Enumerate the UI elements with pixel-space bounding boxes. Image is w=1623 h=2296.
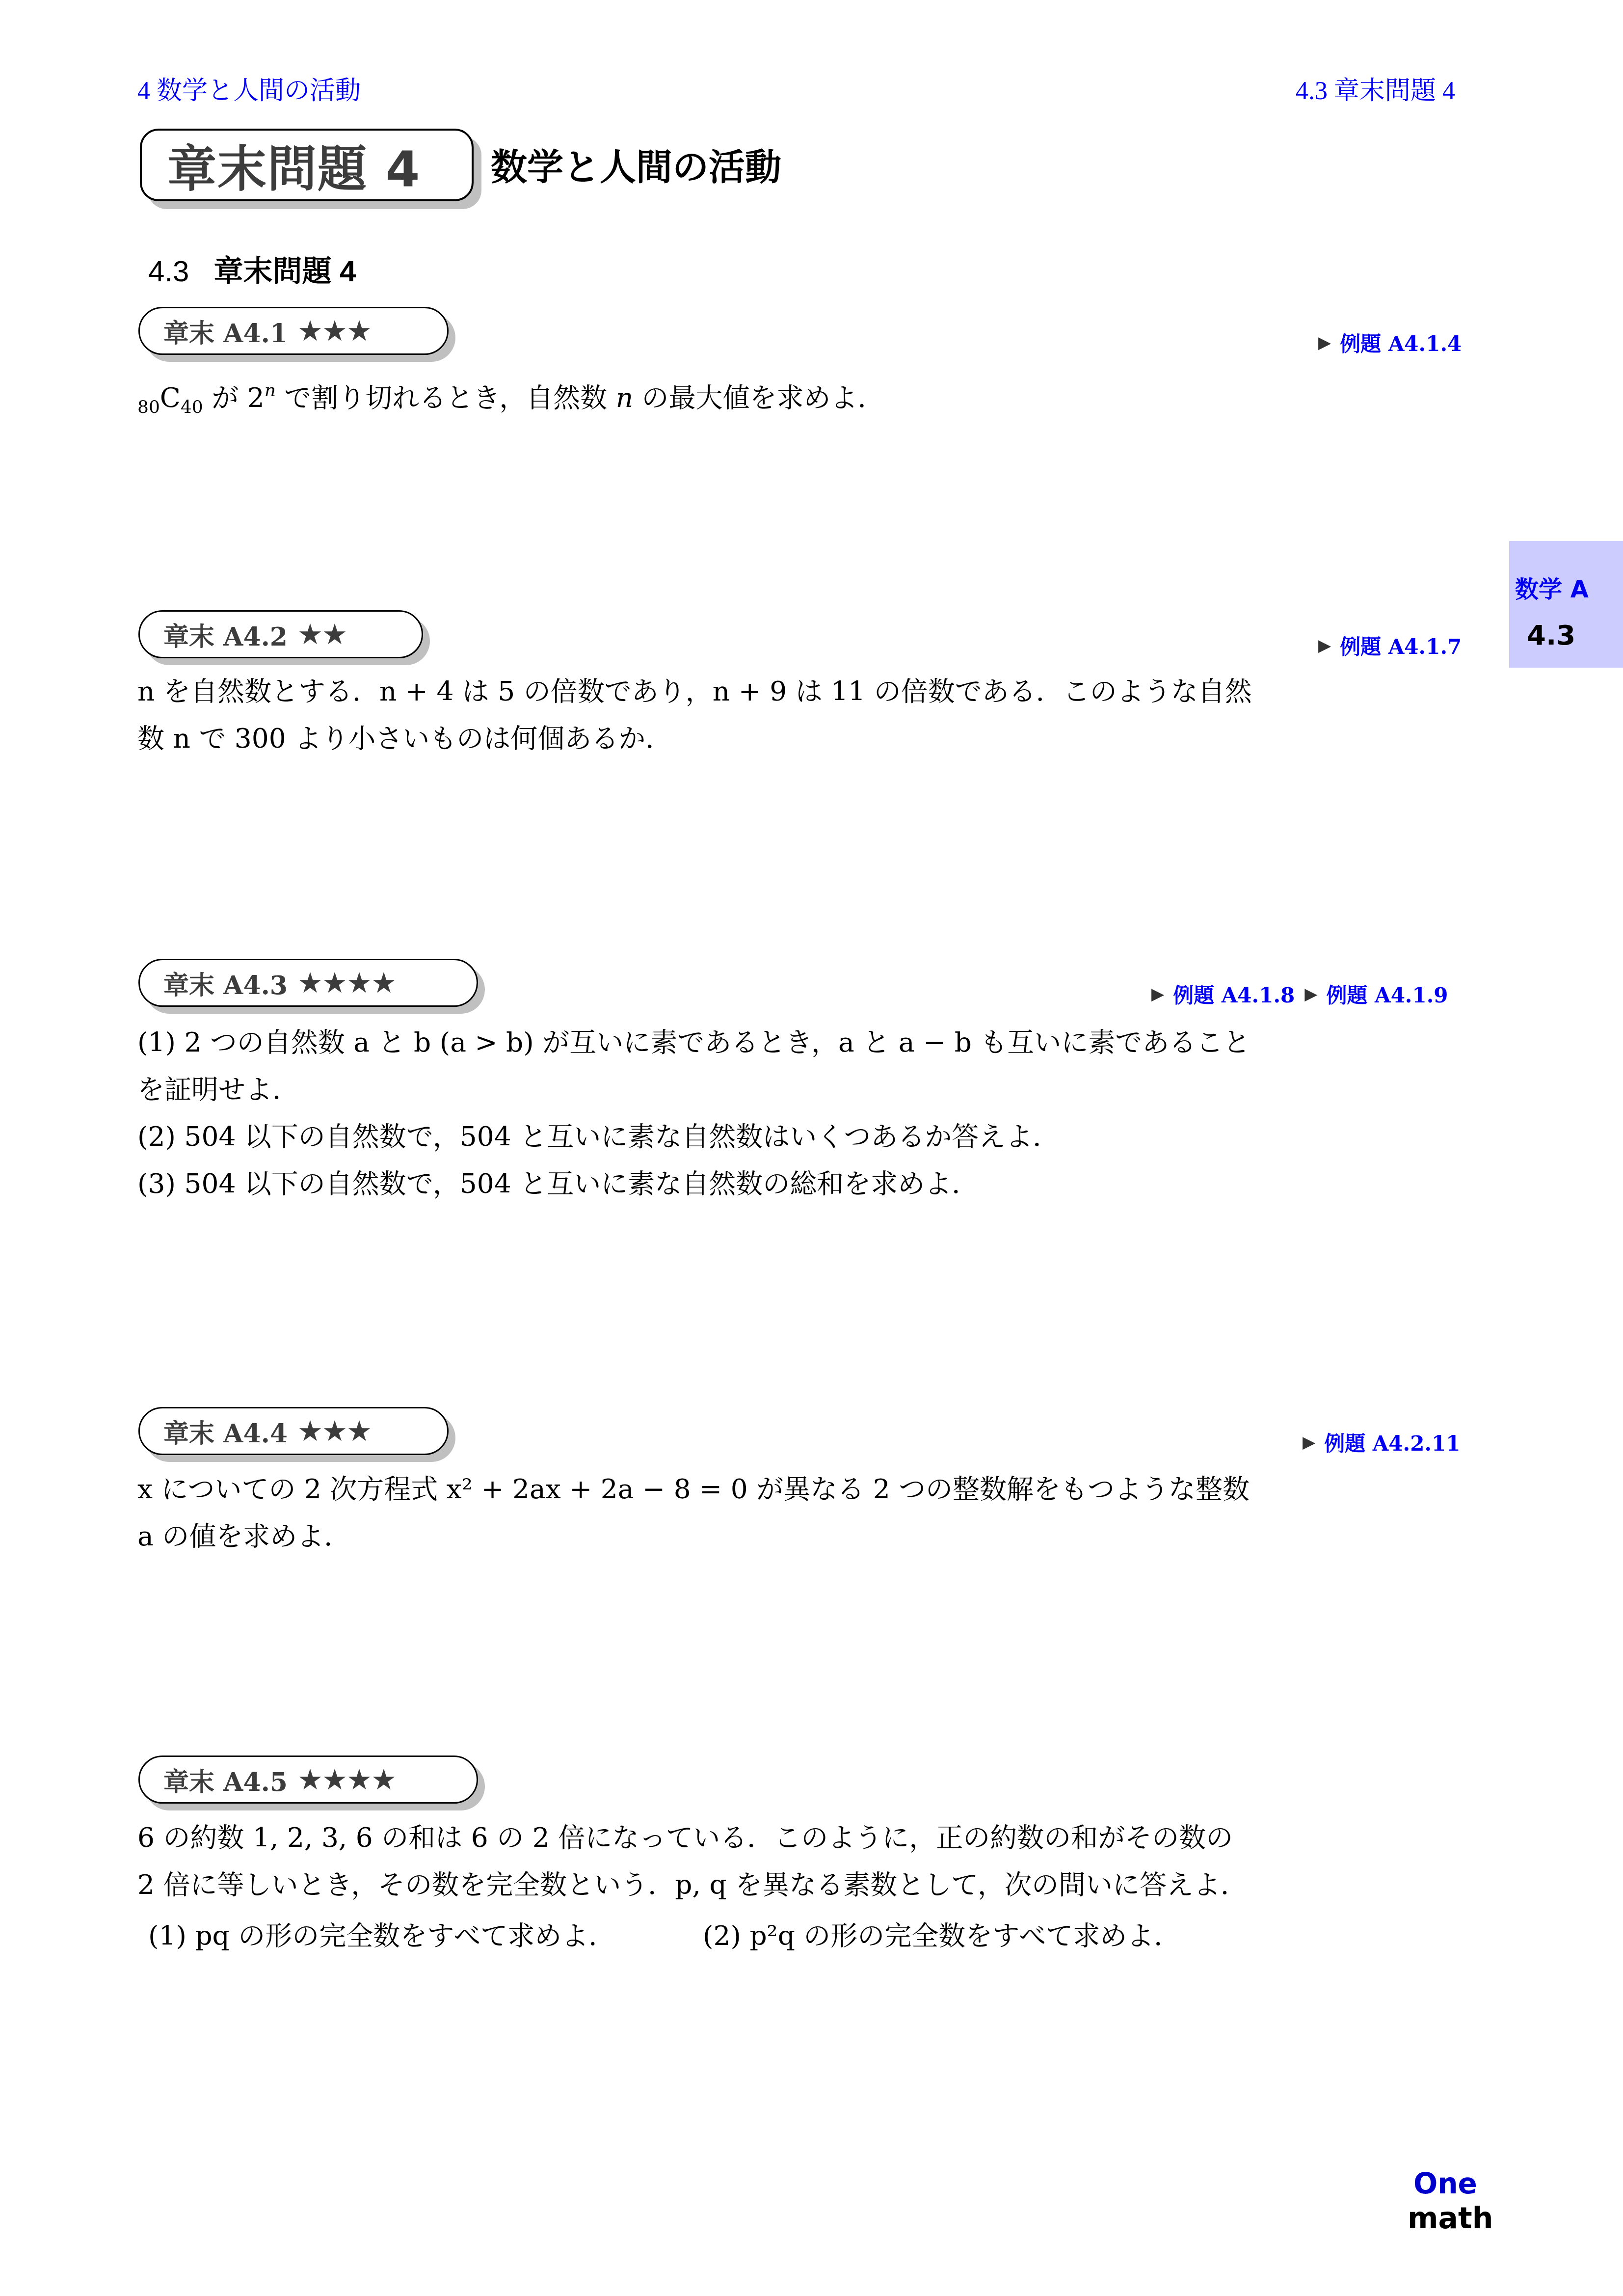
- statement-line: 2 倍に等しいとき，その数を完全数という．p, q を異なる素数として，次の問い…: [137, 1861, 1248, 1908]
- problem-id: 章末 A4.5: [163, 1761, 288, 1798]
- problem-label-box: 章末 A4.5 ★★★★: [138, 1756, 478, 1804]
- section-number: 4.3: [148, 255, 189, 288]
- statement-line: x についての 2 次方程式 x² + 2ax + 2a − 8 = 0 が異な…: [137, 1465, 1250, 1513]
- text: が 2: [203, 382, 265, 413]
- side-tab[interactable]: 数学 A 4.3: [1509, 541, 1623, 668]
- difficulty-stars: ★★★: [297, 1414, 371, 1448]
- statement-line: を証明せよ．: [137, 1066, 1250, 1113]
- example-ref-label: 例題 A4.1.7: [1340, 631, 1462, 660]
- section-title: 章末問題 4: [213, 255, 356, 288]
- problem-id: 章末 A4.2: [163, 616, 288, 653]
- triangle-right-icon: ▶: [1304, 984, 1317, 1004]
- subquestion-1: (1) pq の形の完全数をすべて求めよ．: [148, 1912, 615, 1959]
- triangle-right-icon: ▶: [1318, 636, 1331, 655]
- problem-label-box: 章末 A4.3 ★★★★: [138, 959, 478, 1007]
- side-tab-section: 4.3: [1527, 620, 1575, 651]
- side-tab-subject: 数学 A: [1515, 570, 1589, 604]
- problem-statement: n を自然数とする．n + 4 は 5 の倍数であり，n + 9 は 11 の倍…: [137, 668, 1252, 762]
- statement-line: n を自然数とする．n + 4 は 5 の倍数であり，n + 9 は 11 の倍…: [137, 668, 1252, 715]
- statement-line: a の値を求めよ．: [137, 1513, 1250, 1560]
- problem-statement: (1) 2 つの自然数 a と b (a > b) が互いに素であるとき，a と…: [137, 1019, 1250, 1207]
- statement-line: (2) 504 以下の自然数で，504 と互いに素な自然数はいくつあるか答えよ．: [137, 1113, 1250, 1160]
- example-ref-label: 例題 A4.1.4: [1340, 328, 1462, 357]
- problem-statement: 80C40 が 2n で割り切れるとき，自然数 n の最大値を求めよ．: [137, 367, 885, 431]
- difficulty-stars: ★★: [297, 618, 346, 651]
- example-ref-link[interactable]: 例題 A4.1.8: [1173, 979, 1295, 1009]
- chapter-label: 章末問題 4: [167, 130, 421, 200]
- chapter-label-box: 章末問題 4: [140, 129, 474, 201]
- triangle-right-icon: ▶: [1318, 333, 1331, 352]
- section-heading: 4.3章末問題 4: [148, 248, 356, 290]
- running-header-section[interactable]: 4.3 章末問題 4: [1296, 70, 1455, 107]
- chapter-title: 数学と人間の活動: [491, 138, 781, 190]
- text: で割り切れるとき，自然数: [276, 382, 616, 413]
- problem-label-box: 章末 A4.4 ★★★: [138, 1407, 449, 1455]
- difficulty-stars: ★★★★: [297, 1763, 396, 1796]
- problem-id: 章末 A4.4: [163, 1413, 288, 1450]
- statement-line: 数 n で 300 より小さいものは何個あるか．: [137, 715, 1252, 762]
- problem-statement: 6 の約数 1, 2, 3, 6 の和は 6 の 2 倍になっている．このように…: [137, 1814, 1248, 1908]
- math-subscript: 80: [137, 397, 160, 417]
- triangle-right-icon: ▶: [1303, 1432, 1315, 1452]
- statement-line: (1) 2 つの自然数 a と b (a > b) が互いに素であるとき，a と…: [137, 1019, 1250, 1066]
- logo-math: math: [1408, 2205, 1493, 2232]
- example-reference-link[interactable]: ▶ 例題 A4.1.7: [1318, 631, 1462, 660]
- problem-id: 章末 A4.1: [163, 313, 288, 350]
- example-ref-label: 例題 A4.2.11: [1324, 1428, 1460, 1457]
- onemath-logo: One math: [1408, 2170, 1493, 2232]
- logo-one: One: [1408, 2167, 1477, 2200]
- triangle-right-icon: ▶: [1151, 984, 1164, 1004]
- subquestion-2: (2) p²q の形の完全数をすべて求めよ．: [703, 1912, 1181, 1959]
- math-subscript: 40: [181, 397, 203, 417]
- math-variable: n: [616, 382, 633, 413]
- math-superscript: n: [265, 380, 276, 401]
- statement-line: 6 の約数 1, 2, 3, 6 の和は 6 の 2 倍になっている．このように…: [137, 1814, 1248, 1861]
- difficulty-stars: ★★★: [297, 314, 371, 348]
- problem-statement: x についての 2 次方程式 x² + 2ax + 2a − 8 = 0 が異な…: [137, 1465, 1250, 1560]
- math-text: C: [160, 382, 181, 413]
- difficulty-stars: ★★★★: [297, 966, 396, 999]
- text: の最大値を求めよ．: [633, 382, 884, 413]
- problem-label-box: 章末 A4.2 ★★: [138, 610, 423, 658]
- problem-label-box: 章末 A4.1 ★★★: [138, 307, 449, 355]
- statement-line: (3) 504 以下の自然数で，504 と互いに素な自然数の総和を求めよ．: [137, 1160, 1250, 1207]
- example-reference-link[interactable]: ▶ 例題 A4.1.4: [1318, 328, 1462, 357]
- example-reference-links: ▶ 例題 A4.1.8 ▶ 例題 A4.1.9: [1151, 979, 1448, 1009]
- problem-id: 章末 A4.3: [163, 965, 288, 1001]
- example-reference-link[interactable]: ▶ 例題 A4.2.11: [1303, 1428, 1461, 1457]
- example-ref-link[interactable]: 例題 A4.1.9: [1326, 979, 1448, 1009]
- running-header-chapter[interactable]: 4 数学と人間の活動: [137, 70, 361, 107]
